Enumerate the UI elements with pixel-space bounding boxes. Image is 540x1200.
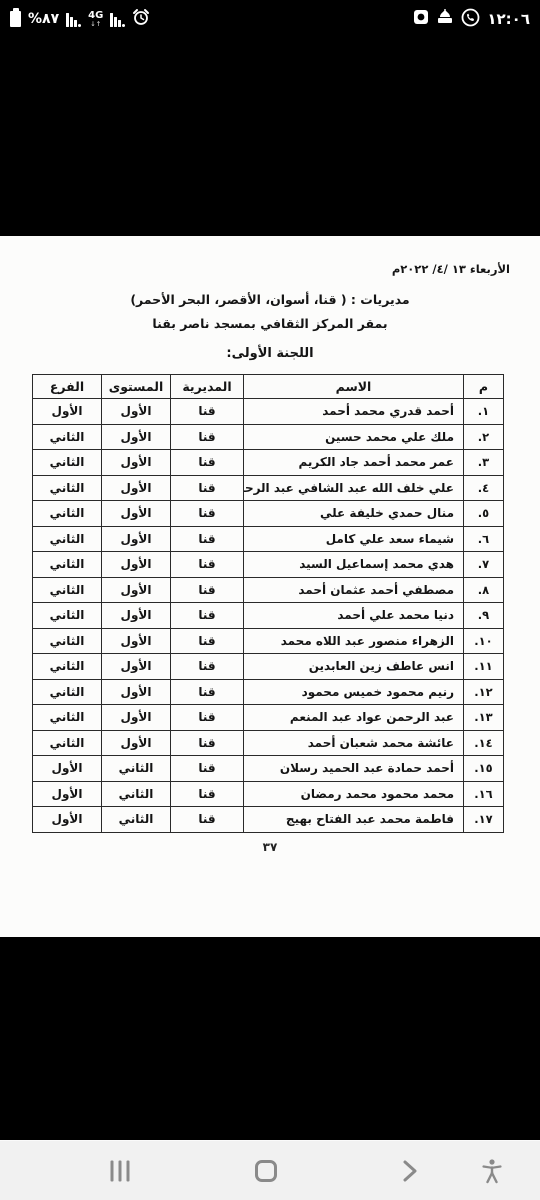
row-branch: الأول bbox=[33, 781, 102, 807]
row-branch: الثاني bbox=[33, 424, 102, 450]
row-branch: الأول bbox=[33, 399, 102, 425]
row-name: منال حمدي خليفة علي bbox=[244, 501, 464, 527]
page-number: ٣٧ bbox=[0, 840, 540, 854]
row-name: عمر محمد أحمد جاد الكريم bbox=[244, 450, 464, 476]
row-branch: الثاني bbox=[33, 679, 102, 705]
table-row: ١٠. الزهراء منصور عبد اللاه محمد قنا الأ… bbox=[33, 628, 504, 654]
row-directorate: قنا bbox=[171, 399, 244, 425]
phone-screen: ٨٧% 4G ↓↑ bbox=[0, 0, 540, 1200]
row-branch: الثاني bbox=[33, 475, 102, 501]
row-name: الزهراء منصور عبد اللاه محمد bbox=[244, 628, 464, 654]
row-branch: الثاني bbox=[33, 654, 102, 680]
row-directorate: قنا bbox=[171, 577, 244, 603]
row-level: الثاني bbox=[102, 756, 171, 782]
row-number: ٩. bbox=[464, 603, 504, 629]
viewer-background-bottom bbox=[0, 937, 540, 1140]
row-branch: الثاني bbox=[33, 730, 102, 756]
row-directorate: قنا bbox=[171, 552, 244, 578]
committee-roster-table: م الاسم المديرية المستوى الفرع ١. أحمد ق… bbox=[32, 374, 504, 833]
mosque-icon bbox=[436, 9, 454, 29]
row-name: عائشة محمد شعبان أحمد bbox=[244, 730, 464, 756]
row-number: ٧. bbox=[464, 552, 504, 578]
row-number: ١٢. bbox=[464, 679, 504, 705]
row-branch: الثاني bbox=[33, 603, 102, 629]
row-directorate: قنا bbox=[171, 603, 244, 629]
row-number: ٣. bbox=[464, 450, 504, 476]
status-left-cluster: ٨٧% 4G ↓↑ bbox=[10, 8, 150, 30]
row-branch: الثاني bbox=[33, 526, 102, 552]
row-branch: الثاني bbox=[33, 705, 102, 731]
row-branch: الأول bbox=[33, 756, 102, 782]
row-number: ٨. bbox=[464, 577, 504, 603]
row-level: الأول bbox=[102, 603, 171, 629]
row-directorate: قنا bbox=[171, 781, 244, 807]
document-page: الأربعاء ١٣ /٤/ ٢٠٢٢م مديريات : ( قنا، أ… bbox=[0, 236, 540, 937]
battery-percent: ٨٧% bbox=[28, 11, 59, 27]
row-directorate: قنا bbox=[171, 475, 244, 501]
row-level: الأول bbox=[102, 526, 171, 552]
column-header-number: م bbox=[464, 375, 504, 399]
table-row: ٥. منال حمدي خليفة علي قنا الأول الثاني bbox=[33, 501, 504, 527]
row-branch: الأول bbox=[33, 807, 102, 833]
row-directorate: قنا bbox=[171, 424, 244, 450]
table-row: ١٢. رنيم محمود خميس محمود قنا الأول الثا… bbox=[33, 679, 504, 705]
table-row: ٢. ملك علي محمد حسين قنا الأول الثاني bbox=[33, 424, 504, 450]
row-number: ١٥. bbox=[464, 756, 504, 782]
row-level: الأول bbox=[102, 399, 171, 425]
row-number: ٤. bbox=[464, 475, 504, 501]
row-branch: الثاني bbox=[33, 577, 102, 603]
row-number: ١٠. bbox=[464, 628, 504, 654]
row-number: ١٧. bbox=[464, 807, 504, 833]
recents-icon[interactable] bbox=[111, 1161, 130, 1182]
row-level: الأول bbox=[102, 705, 171, 731]
viewer-background-top bbox=[0, 38, 540, 236]
row-branch: الثاني bbox=[33, 501, 102, 527]
venue-line: بمقر المركز الثقافي بمسجد ناصر بقنا bbox=[0, 316, 540, 331]
row-directorate: قنا bbox=[171, 730, 244, 756]
battery-icon bbox=[10, 11, 21, 27]
row-name: علي خلف الله عبد الشافي عبد الرحمن bbox=[244, 475, 464, 501]
row-number: ١١. bbox=[464, 654, 504, 680]
row-level: الأول bbox=[102, 501, 171, 527]
row-number: ١٤. bbox=[464, 730, 504, 756]
table-row: ١٥. أحمد حمادة عبد الحميد رسلان قنا الثا… bbox=[33, 756, 504, 782]
table-row: ١٦. محمد محمود محمد رمضان قنا الثاني الأ… bbox=[33, 781, 504, 807]
row-directorate: قنا bbox=[171, 526, 244, 552]
row-branch: الثاني bbox=[33, 552, 102, 578]
column-header-branch: الفرع bbox=[33, 375, 102, 399]
table-row: ١. أحمد قدري محمد أحمد قنا الأول الأول bbox=[33, 399, 504, 425]
row-name: محمد محمود محمد رمضان bbox=[244, 781, 464, 807]
table-row: ١١. انس عاطف زين العابدين قنا الأول الثا… bbox=[33, 654, 504, 680]
row-level: الأول bbox=[102, 730, 171, 756]
column-header-level: المستوى bbox=[102, 375, 171, 399]
row-branch: الثاني bbox=[33, 450, 102, 476]
signal-bars-icon bbox=[66, 11, 81, 27]
row-level: الأول bbox=[102, 450, 171, 476]
home-icon[interactable] bbox=[255, 1160, 277, 1182]
row-number: ٢. bbox=[464, 424, 504, 450]
row-number: ١٣. bbox=[464, 705, 504, 731]
table-row: ٤. علي خلف الله عبد الشافي عبد الرحمن قن… bbox=[33, 475, 504, 501]
status-bar: ٨٧% 4G ↓↑ bbox=[0, 0, 540, 38]
row-name: هدي محمد إسماعيل السيد bbox=[244, 552, 464, 578]
row-name: مصطفي أحمد عثمان أحمد bbox=[244, 577, 464, 603]
phone-call-icon bbox=[461, 8, 480, 31]
row-directorate: قنا bbox=[171, 628, 244, 654]
committee-title: اللجنة الأولى: bbox=[0, 346, 540, 361]
table-row: ٩. دنيا محمد علي أحمد قنا الأول الثاني bbox=[33, 603, 504, 629]
back-icon[interactable] bbox=[402, 1159, 418, 1183]
row-number: ٦. bbox=[464, 526, 504, 552]
row-level: الأول bbox=[102, 679, 171, 705]
4g-icon: 4G ↓↑ bbox=[88, 11, 103, 28]
signal-bars-icon bbox=[110, 11, 125, 27]
table-row: ٦. شيماء سعد علي كامل قنا الأول الثاني bbox=[33, 526, 504, 552]
row-level: الأول bbox=[102, 628, 171, 654]
row-directorate: قنا bbox=[171, 654, 244, 680]
row-name: شيماء سعد علي كامل bbox=[244, 526, 464, 552]
row-name: رنيم محمود خميس محمود bbox=[244, 679, 464, 705]
row-name: فاطمة محمد عبد الفتاح بهيج bbox=[244, 807, 464, 833]
table-row: ٧. هدي محمد إسماعيل السيد قنا الأول الثا… bbox=[33, 552, 504, 578]
row-level: الثاني bbox=[102, 807, 171, 833]
table-row: ٣. عمر محمد أحمد جاد الكريم قنا الأول ال… bbox=[33, 450, 504, 476]
row-number: ١٦. bbox=[464, 781, 504, 807]
table-header-row: م الاسم المديرية المستوى الفرع bbox=[33, 375, 504, 399]
alarm-clock-icon bbox=[132, 8, 150, 30]
column-header-directorate: المديرية bbox=[171, 375, 244, 399]
column-header-name: الاسم bbox=[244, 375, 464, 399]
row-directorate: قنا bbox=[171, 705, 244, 731]
row-branch: الثاني bbox=[33, 628, 102, 654]
document-date: الأربعاء ١٣ /٤/ ٢٠٢٢م bbox=[0, 236, 540, 276]
row-name: ملك علي محمد حسين bbox=[244, 424, 464, 450]
table-row: ٨. مصطفي أحمد عثمان أحمد قنا الأول الثان… bbox=[33, 577, 504, 603]
row-name: أحمد قدري محمد أحمد bbox=[244, 399, 464, 425]
row-number: ١. bbox=[464, 399, 504, 425]
screenshot-icon bbox=[413, 9, 429, 29]
row-level: الأول bbox=[102, 552, 171, 578]
row-name: دنيا محمد علي أحمد bbox=[244, 603, 464, 629]
row-level: الأول bbox=[102, 475, 171, 501]
row-level: الثاني bbox=[102, 781, 171, 807]
row-directorate: قنا bbox=[171, 501, 244, 527]
directorates-line: مديريات : ( قنا، أسوان، الأقصر، البحر ال… bbox=[0, 292, 540, 307]
clock-time: ١٢:٠٦ bbox=[487, 10, 530, 28]
row-directorate: قنا bbox=[171, 679, 244, 705]
table-row: ١٧. فاطمة محمد عبد الفتاح بهيج قنا الثان… bbox=[33, 807, 504, 833]
row-level: الأول bbox=[102, 654, 171, 680]
row-name: عبد الرحمن عواد عبد المنعم bbox=[244, 705, 464, 731]
navigation-bar bbox=[0, 1140, 540, 1200]
row-name: أحمد حمادة عبد الحميد رسلان bbox=[244, 756, 464, 782]
row-name: انس عاطف زين العابدين bbox=[244, 654, 464, 680]
table-row: ١٣. عبد الرحمن عواد عبد المنعم قنا الأول… bbox=[33, 705, 504, 731]
row-directorate: قنا bbox=[171, 450, 244, 476]
row-directorate: قنا bbox=[171, 807, 244, 833]
row-directorate: قنا bbox=[171, 756, 244, 782]
status-right-cluster: ١٢:٠٦ bbox=[413, 8, 530, 31]
accessibility-icon[interactable] bbox=[481, 1158, 503, 1184]
table-row: ١٤. عائشة محمد شعبان أحمد قنا الأول الثا… bbox=[33, 730, 504, 756]
row-level: الأول bbox=[102, 424, 171, 450]
row-number: ٥. bbox=[464, 501, 504, 527]
row-level: الأول bbox=[102, 577, 171, 603]
